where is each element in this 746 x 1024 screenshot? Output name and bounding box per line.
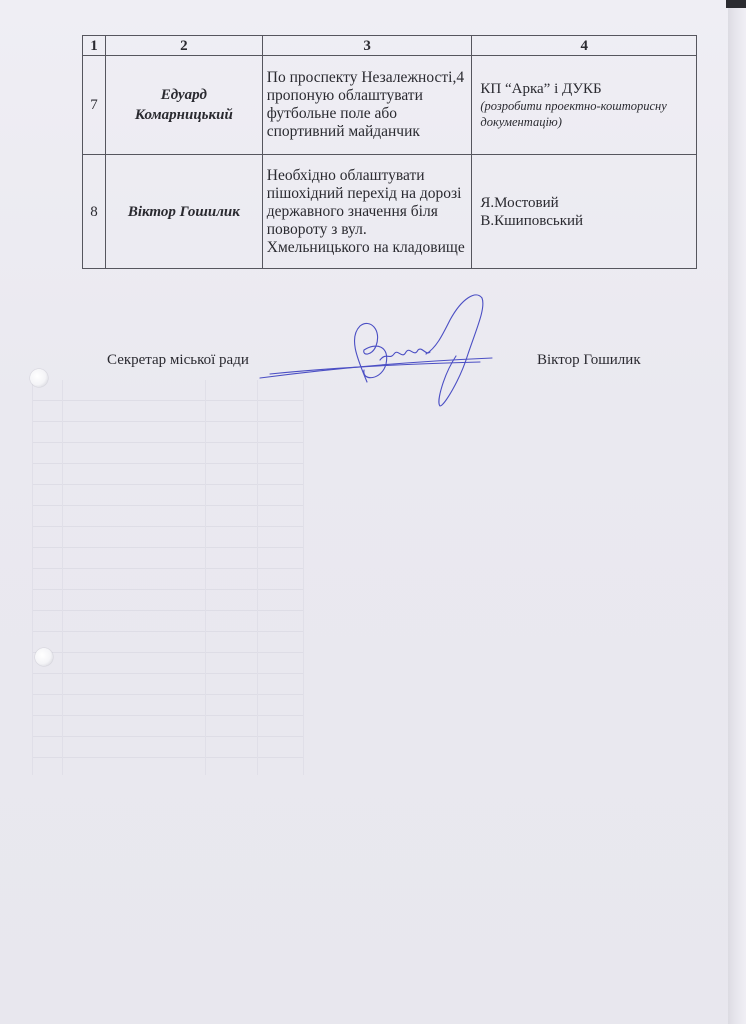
handwritten-signature-icon [230,290,500,410]
column-header: 3 [262,36,472,56]
signatory-position: Секретар міської ради [107,352,249,369]
responsible-party: Я.Мостовий [480,194,692,212]
proposal-text: Необхідно облаштувати пішохідний перехід… [262,155,472,269]
proposals-table: 1 2 3 4 7 Едуард Комарницький По проспек… [82,35,697,269]
column-header: 2 [105,36,262,56]
punch-hole [35,648,53,666]
responsible-cell: КП “Арка” і ДУКБ (розробити проектно-кош… [472,56,697,155]
punch-hole [30,369,48,387]
table-header-row: 1 2 3 4 [83,36,697,56]
signatory-name: Віктор Гошилик [537,352,641,369]
proposal-text: По проспекту Незалежності,4 пропоную обл… [262,56,472,155]
scanner-corner-shadow [726,0,746,8]
deputy-name: Едуард Комарницький [105,56,262,155]
column-header: 1 [83,36,106,56]
responsible-party: В.Кшиповський [480,212,692,230]
page-edge-shadow [728,0,746,1024]
responsible-cell: Я.Мостовий В.Кшиповський [472,155,697,269]
row-number: 7 [83,56,106,155]
row-number: 8 [83,155,106,269]
deputy-name: Віктор Гошилик [105,155,262,269]
responsible-note: (розробити проектно-кошторисну документа… [480,98,692,130]
table-row: 7 Едуард Комарницький По проспекту Незал… [83,56,697,155]
table-row: 8 Віктор Гошилик Необхідно облаштувати п… [83,155,697,269]
responsible-party: КП “Арка” і ДУКБ [480,80,692,98]
column-header: 4 [472,36,697,56]
